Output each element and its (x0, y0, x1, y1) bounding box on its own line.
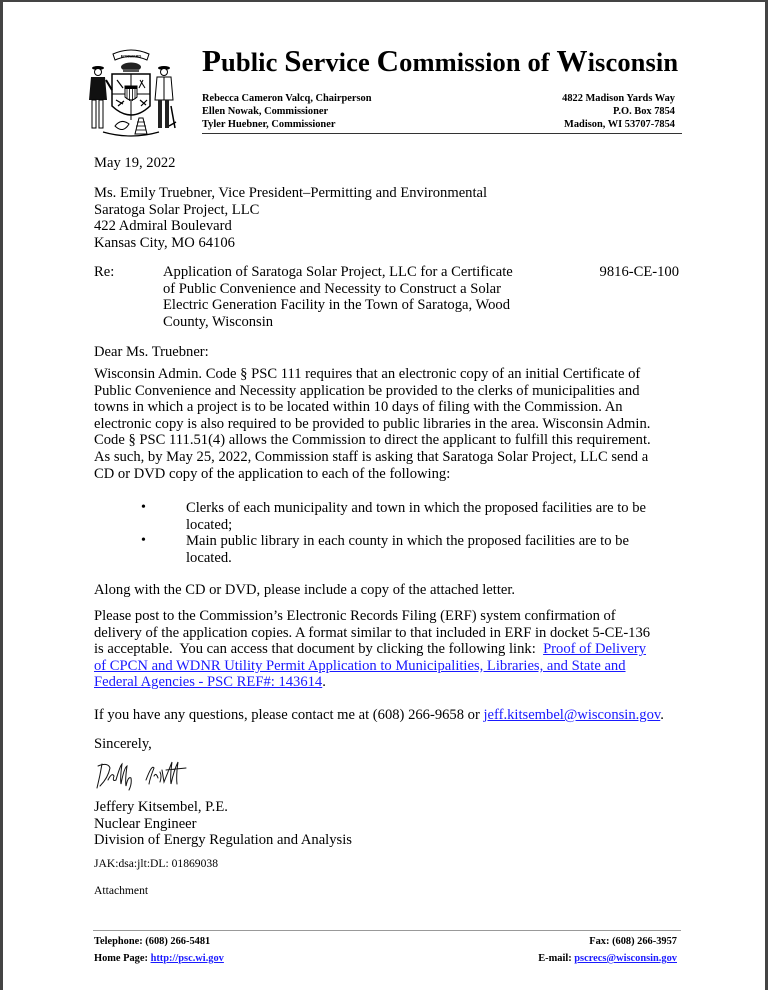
paragraph-line: Code § PSC 111.51(4) allows the Commissi… (94, 432, 651, 449)
bullet-text-line: located; (186, 517, 646, 534)
signer-block: Jeffery Kitsembel, P.E. Nuclear Engineer… (94, 799, 352, 849)
paragraph-line: Public Convenience and Necessity applica… (94, 383, 651, 400)
footer-divider (93, 930, 681, 931)
agency-address: 4822 Madison Yards Way P.O. Box 7854 Mad… (562, 92, 675, 132)
subject-text-line: Application of Saratoga Solar Project, L… (163, 264, 513, 281)
commissioner: Ellen Nowak, Commissioner (202, 105, 372, 118)
paragraph-line: Wisconsin Admin. Code § PSC 111 requires… (94, 366, 651, 383)
paragraph-line: delivery of the application copies. A fo… (94, 625, 650, 642)
footer-left: Telephone: (608) 266-5481 Home Page: htt… (94, 933, 224, 967)
re-label: Re: (94, 264, 114, 281)
paragraph-requirements: Wisconsin Admin. Code § PSC 111 requires… (94, 366, 651, 482)
fax-label: Fax: (589, 936, 612, 947)
seal-motto: FORWARD (121, 54, 142, 59)
recipient-address: Ms. Emily Truebner, Vice President–Permi… (94, 185, 487, 251)
paragraph-line: CD or DVD copy of the application to eac… (94, 466, 651, 483)
reference-code: JAK:dsa:jlt:DL: 01869038 (94, 857, 218, 870)
proof-of-delivery-link[interactable]: of CPCN and WDNR Utility Permit Applicat… (94, 658, 626, 674)
contact-text: If you have any questions, please contac… (94, 707, 483, 723)
paragraph-attachment-note: Along with the CD or DVD, please include… (94, 582, 515, 599)
footer-homepage: Home Page: http://psc.wi.gov (94, 950, 224, 967)
docket-number: 9816-CE-100 (600, 264, 679, 281)
telephone-value: (608) 266-5481 (145, 936, 210, 947)
footer-email-link[interactable]: pscrecs@wisconsin.gov (574, 953, 677, 964)
attachment-note: Attachment (94, 884, 148, 897)
telephone-label: Telephone: (94, 936, 145, 947)
subject-text-line: of Public Convenience and Necessity to C… (163, 281, 513, 298)
proof-of-delivery-link[interactable]: Proof of Delivery (543, 641, 646, 657)
punctuation: . (660, 707, 664, 723)
paragraph-line: towns in which a project is to be locate… (94, 399, 651, 416)
commissioner-list: Rebecca Cameron Valcq, Chairperson Ellen… (202, 92, 372, 132)
subject-line: Application of Saratoga Solar Project, L… (163, 264, 513, 330)
bullet-icon: • (141, 500, 146, 517)
paragraph-line: Please post to the Commission’s Electron… (94, 608, 650, 625)
subject-text-line: Electric Generation Facility in the Town… (163, 297, 513, 314)
paragraph-line: electronic copy is also required to be p… (94, 416, 651, 433)
punctuation: . (322, 674, 326, 690)
footer-telephone: Telephone: (608) 266-5481 (94, 933, 224, 950)
recipient-city: Kansas City, MO 64106 (94, 235, 487, 252)
handwritten-signature-icon (94, 758, 194, 792)
letter-page: FORWARD (0, 0, 768, 990)
homepage-label: Home Page: (94, 953, 151, 964)
homepage-link[interactable]: http://psc.wi.gov (151, 953, 224, 964)
recipient-company: Saratoga Solar Project, LLC (94, 202, 487, 219)
paragraph-erf-instructions: Please post to the Commission’s Electron… (94, 608, 650, 691)
agency-title: Public Service Commission of Wisconsin (202, 43, 678, 79)
street-address: 4822 Madison Yards Way (562, 92, 675, 105)
commissioner-chair: Rebecca Cameron Valcq, Chairperson (202, 92, 372, 105)
recipient-street: 422 Admiral Boulevard (94, 218, 487, 235)
proof-of-delivery-link[interactable]: Federal Agencies - PSC REF#: 143614 (94, 674, 322, 690)
recipient-name: Ms. Emily Truebner, Vice President–Permi… (94, 185, 487, 202)
fax-value: (608) 266-3957 (612, 936, 677, 947)
contact-email-link[interactable]: jeff.kitsembel@wisconsin.gov (483, 707, 660, 723)
po-box: P.O. Box 7854 (562, 105, 675, 118)
wisconsin-state-seal-icon: FORWARD (85, 44, 177, 142)
paragraph-line: is acceptable. You can access that docum… (94, 641, 543, 657)
email-label: E-mail: (538, 953, 574, 964)
footer-right: Fax: (608) 266-3957 E-mail: pscrecs@wisc… (538, 933, 677, 967)
commissioner: Tyler Huebner, Commissioner (202, 118, 372, 131)
bullet-text-line: Clerks of each municipality and town in … (186, 500, 646, 517)
letter-date: May 19, 2022 (94, 155, 175, 172)
signer-name: Jeffery Kitsembel, P.E. (94, 799, 352, 816)
header-divider (202, 133, 682, 134)
bullet-text-line: Main public library in each county in wh… (186, 533, 629, 550)
city-state-zip: Madison, WI 53707-7854 (562, 118, 675, 131)
signer-division: Division of Energy Regulation and Analys… (94, 832, 352, 849)
paragraph-line: As such, by May 25, 2022, Commission sta… (94, 449, 651, 466)
paragraph-contact: If you have any questions, please contac… (94, 707, 664, 724)
footer-fax: Fax: (608) 266-3957 (538, 933, 677, 950)
closing: Sincerely, (94, 736, 152, 753)
bullet-text-line: located. (186, 550, 629, 567)
signer-title: Nuclear Engineer (94, 816, 352, 833)
footer-email: E-mail: pscrecs@wisconsin.gov (538, 950, 677, 967)
subject-text-line: County, Wisconsin (163, 314, 513, 331)
bullet-icon: • (141, 533, 146, 550)
salutation: Dear Ms. Truebner: (94, 344, 209, 361)
